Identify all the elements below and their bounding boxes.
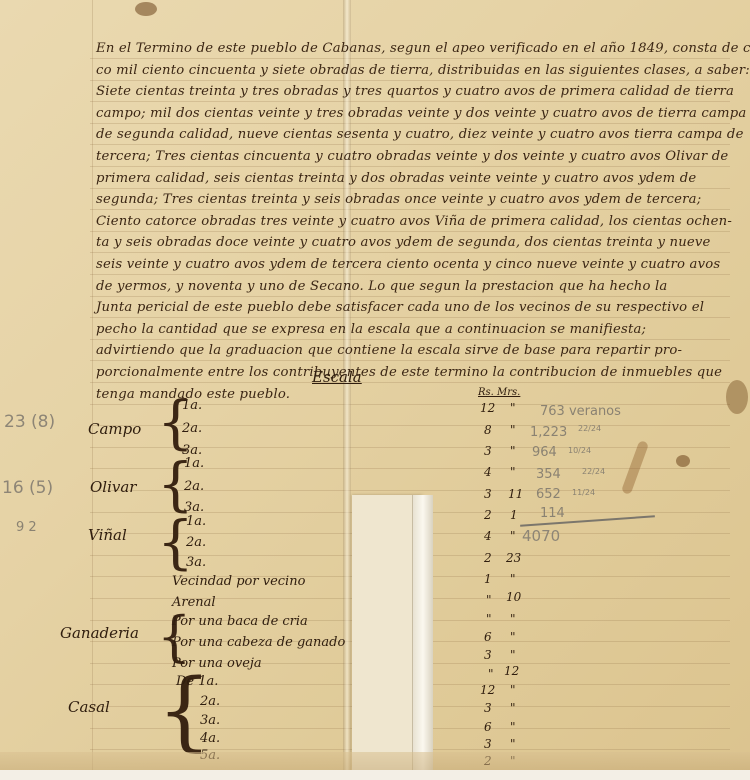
- maravedis-value: ": [510, 401, 516, 415]
- grade-label: De 1a.: [176, 674, 218, 689]
- grade-label: 1a.: [182, 398, 202, 413]
- grade-label: 2a.: [200, 694, 220, 709]
- text-line: pecho la cantidad que se expresa en la e…: [96, 319, 736, 341]
- maravedis-value: ": [510, 701, 516, 715]
- pencil-fraction: 10/24: [568, 446, 591, 455]
- maravedis-value: 23: [506, 551, 521, 565]
- maravedis-value: ": [510, 720, 516, 734]
- maravedis-value: ": [510, 612, 516, 626]
- grade-label: 4a.: [200, 731, 220, 746]
- reales-value: 4: [484, 529, 492, 543]
- text-line: de yermos, y noventa y uno de Secano. Lo…: [96, 276, 736, 298]
- reales-value: 3: [484, 701, 492, 715]
- grade-label: 1a.: [186, 514, 206, 529]
- pencil-fraction: 22/24: [578, 424, 601, 433]
- grade-label: 3a.: [200, 713, 220, 728]
- text-line: de segunda calidad, nueve cientas sesent…: [96, 124, 736, 146]
- maravedis-value: ": [510, 529, 516, 543]
- margin-note: 16 (5): [2, 478, 53, 498]
- text-line: advirtiendo que la graduacion que contie…: [96, 340, 736, 362]
- reales-value: 3: [484, 737, 492, 751]
- ink-stain: [135, 2, 157, 16]
- text-line: En el Termino de este pueblo de Cabanas,…: [96, 38, 736, 60]
- text-line: primera calidad, seis cientas treinta y …: [96, 168, 736, 190]
- text-line: tercera; Tres cientas cincuenta y cuatro…: [96, 146, 736, 168]
- grade-label: 2a.: [186, 535, 206, 550]
- manuscript-page: En el Termino de este pueblo de Cabanas,…: [0, 0, 750, 770]
- rolled-paper-edge: [412, 495, 433, 770]
- reales-value: 3: [484, 648, 492, 662]
- pencil-note: 763 veranos: [540, 404, 621, 419]
- category-label: Campo: [88, 420, 141, 438]
- pencil-note: 1,223: [530, 425, 567, 440]
- maravedis-value: ": [510, 648, 516, 662]
- pencil-total: 4070: [522, 527, 560, 545]
- reales-value: ": [486, 593, 492, 607]
- text-line: seis veinte y cuatro avos ydem de tercer…: [96, 254, 736, 276]
- maravedis-value: ": [510, 683, 516, 697]
- reales-value: 6: [484, 630, 492, 644]
- maravedis-value: 1: [510, 508, 518, 522]
- reales-value: 1: [484, 572, 492, 586]
- reales-value: 8: [484, 423, 492, 437]
- text-line: Ciento catorce obradas tres veinte y cua…: [96, 211, 736, 233]
- maravedis-value: ": [510, 572, 516, 586]
- pencil-note: 114: [540, 506, 565, 521]
- maravedis-value: 10: [506, 590, 521, 604]
- text-line: Siete cientas treinta y tres obradas y t…: [96, 81, 736, 103]
- maravedis-value: ": [510, 754, 516, 768]
- text-line: campo; mil dos cientas veinte y tres obr…: [96, 103, 736, 125]
- text-line: porcionalmente entre los contribuyentes …: [96, 362, 736, 384]
- maravedis-value: 12: [504, 664, 519, 678]
- grade-label: 3a.: [186, 555, 206, 570]
- category-label: Viñal: [88, 526, 127, 544]
- margin-note: 9 2: [16, 520, 37, 535]
- maravedis-value: ": [510, 423, 516, 437]
- reales-value: ": [488, 667, 494, 681]
- margin-line: [92, 0, 93, 770]
- reales-value: 12: [480, 401, 495, 415]
- margin-note: 23 (8): [4, 412, 55, 432]
- pencil-note: 354: [536, 467, 561, 482]
- reales-value: ": [486, 612, 492, 626]
- reales-value: 6: [484, 720, 492, 734]
- maravedis-value: ": [510, 630, 516, 644]
- maravedis-value: ": [510, 737, 516, 751]
- reales-value: 12: [480, 683, 495, 697]
- reales-value: 3: [484, 444, 492, 458]
- pencil-fraction: 22/24: [582, 467, 605, 476]
- text-line: segunda; Tres cientas treinta y seis obr…: [96, 189, 736, 211]
- maravedis-value: ": [510, 465, 516, 479]
- reales-value: 4: [484, 465, 492, 479]
- maravedis-value: 11: [508, 487, 523, 501]
- grade-label: 2a.: [182, 421, 202, 436]
- scale-title: Escala: [312, 368, 362, 386]
- pencil-fraction: 11/24: [572, 488, 595, 497]
- item-label: Por una cabeza de ganado: [172, 635, 345, 650]
- item-label: Vecindad por vecino: [172, 574, 305, 589]
- category-label: Casal: [68, 698, 110, 716]
- reales-value: 2: [484, 508, 492, 522]
- category-label: Ganaderia: [60, 624, 139, 642]
- grade-label: 1a.: [184, 456, 204, 471]
- ink-stain: [676, 455, 690, 467]
- grade-label: 5a.: [200, 748, 220, 763]
- reales-value: 3: [484, 487, 492, 501]
- text-line: ta y seis obradas doce veinte y cuatro a…: [96, 232, 736, 254]
- reales-value: 2: [484, 754, 492, 768]
- text-line: co mil ciento cincuenta y siete obradas …: [96, 60, 736, 82]
- grade-label: 2a.: [184, 479, 204, 494]
- maravedis-value: ": [510, 444, 516, 458]
- pencil-note: 652: [536, 487, 561, 502]
- column-header: Rs. Mrs.: [478, 387, 520, 398]
- pencil-note: 964: [532, 445, 557, 460]
- text-line: Junta pericial de este pueblo debe satis…: [96, 297, 736, 319]
- main-paragraph: En el Termino de este pueblo de Cabanas,…: [96, 38, 736, 405]
- category-label: Olivar: [90, 478, 136, 496]
- reales-value: 2: [484, 551, 492, 565]
- item-label: Por una baca de cria: [172, 614, 308, 629]
